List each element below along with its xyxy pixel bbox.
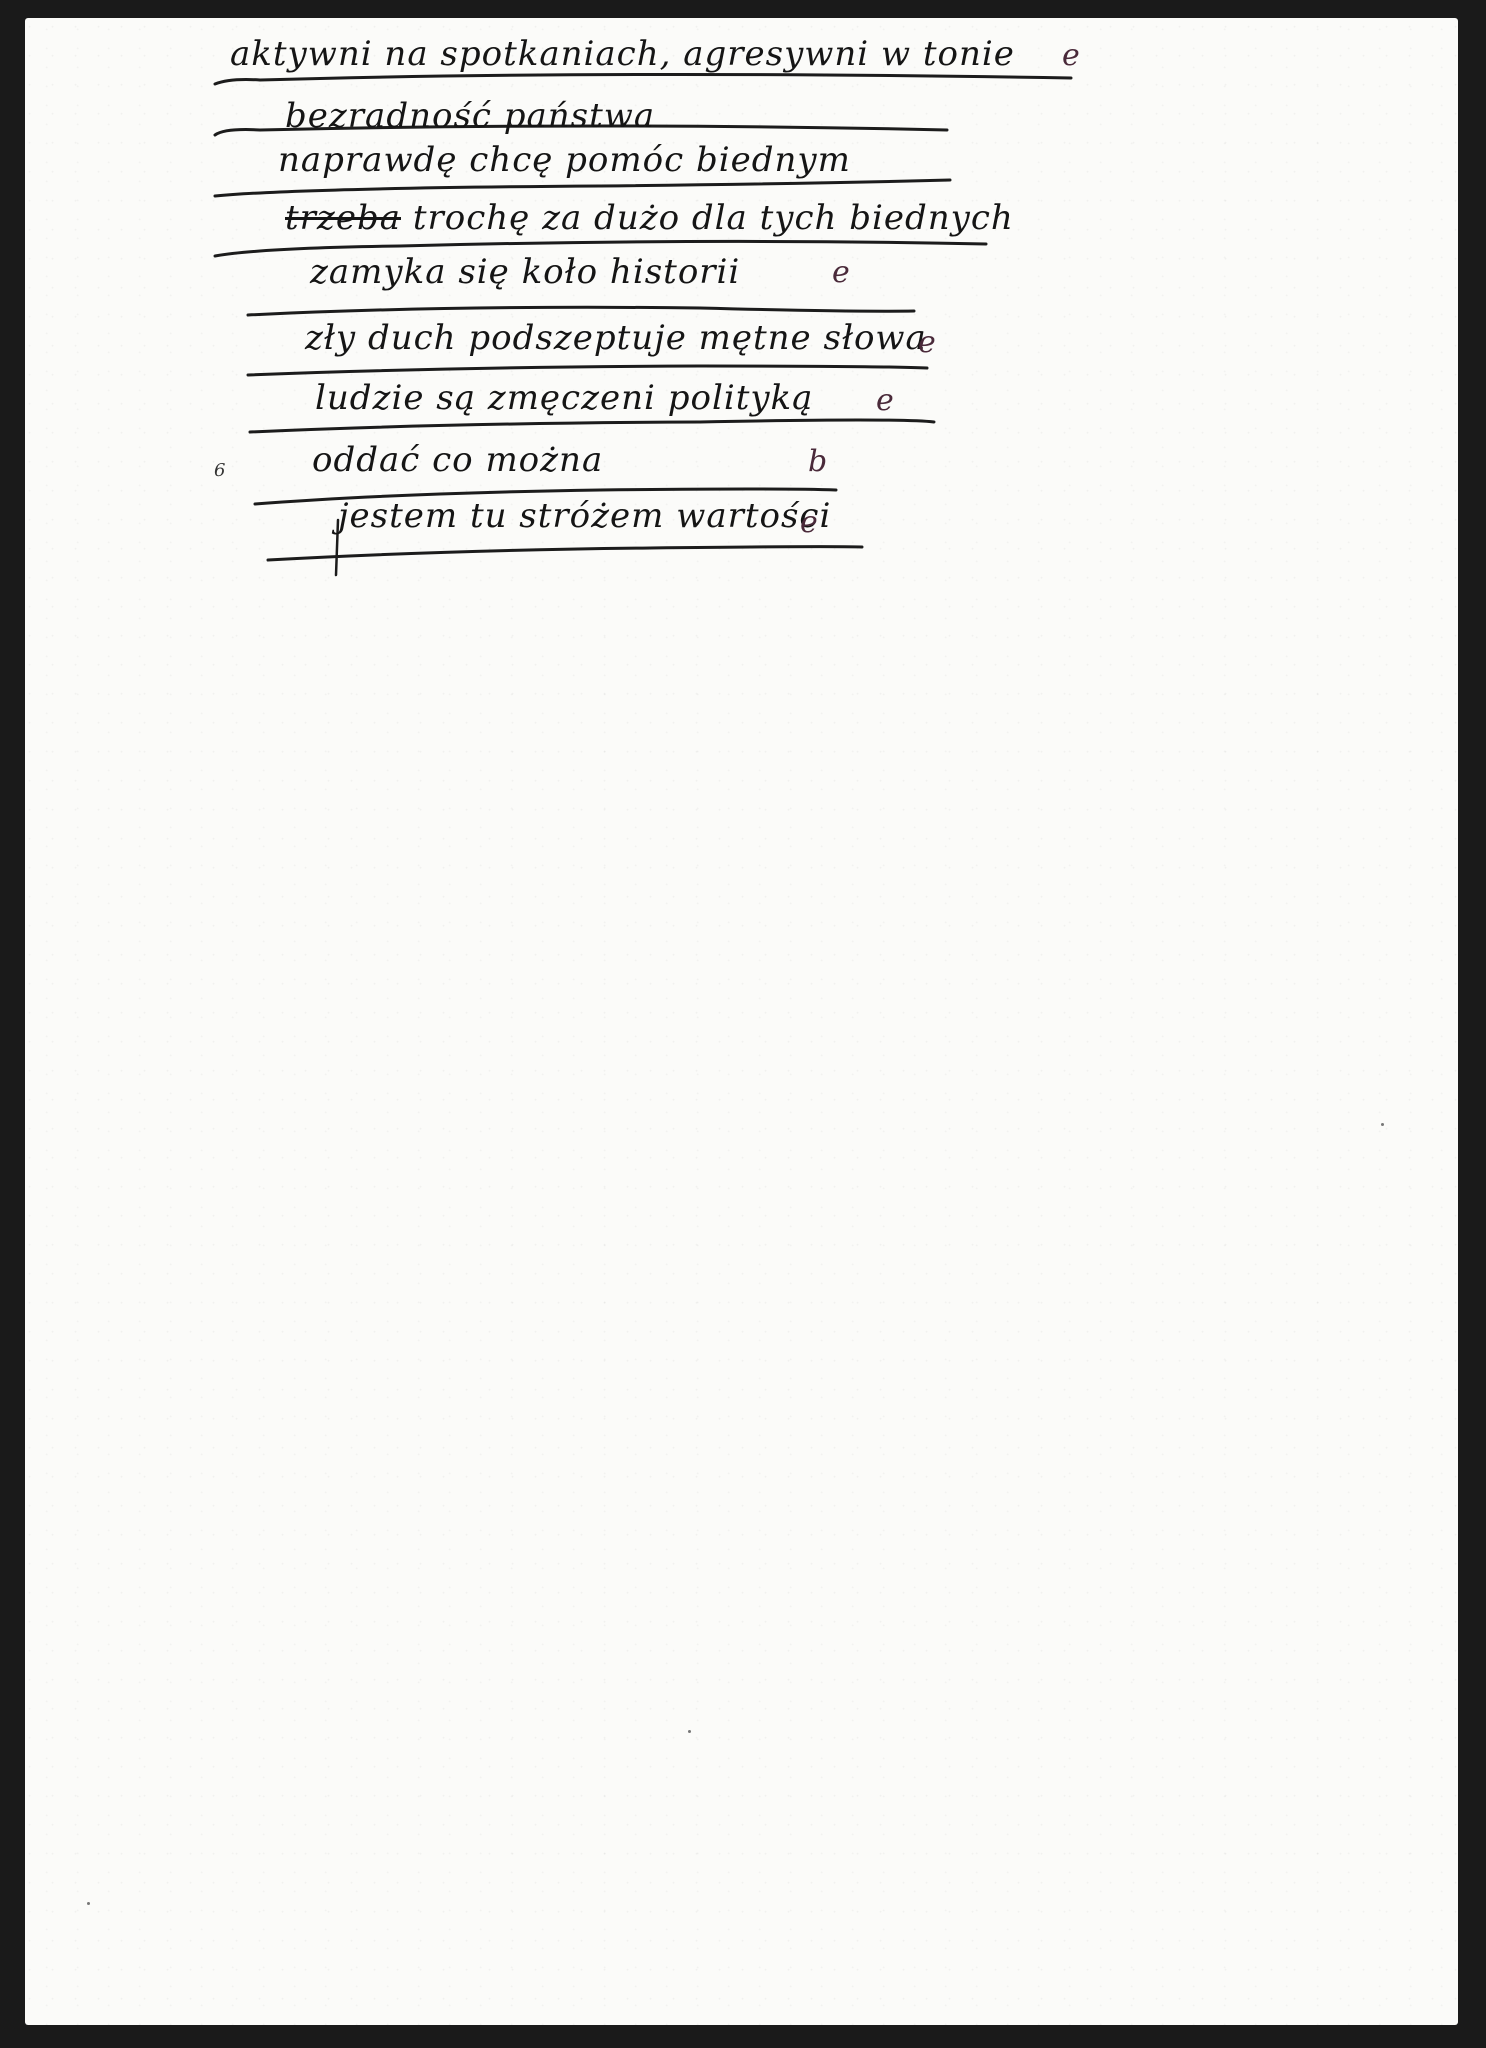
note-line-2-text: bezradność państwa: [285, 96, 655, 136]
review-mark-5: e: [832, 255, 850, 290]
review-mark-8: b: [808, 444, 827, 479]
review-mark-6: e: [918, 325, 936, 360]
struck-word: trzeba: [285, 198, 401, 238]
note-line-7: ludzie są zmęczeni polityką: [315, 378, 813, 418]
paper-speck: [1381, 1123, 1384, 1126]
note-line-5-text: zamyka się koło historii: [310, 252, 740, 292]
note-line-9-text: jestem tu stróżem wartości: [338, 496, 831, 536]
margin-mark: 6: [214, 460, 225, 481]
note-line-3: naprawdę chcę pomóc biednym: [278, 140, 851, 180]
review-mark-7: e: [876, 383, 894, 418]
note-line-6-text: zły duch podszeptuje mętne słowa: [305, 318, 927, 358]
note-line-7-text: ludzie są zmęczeni polityką: [315, 378, 813, 418]
note-line-1-text: aktywni na spotkaniach, agresywni w toni…: [230, 34, 1015, 74]
note-line-4: trzeba trochę za dużo dla tych biednych: [285, 198, 1014, 238]
review-mark-9: e: [800, 505, 818, 540]
review-mark-1: e: [1062, 38, 1080, 73]
note-line-8: oddać co można: [312, 440, 603, 480]
note-line-8-text: oddać co można: [312, 440, 603, 480]
note-line-5: zamyka się koło historii: [310, 252, 740, 292]
note-line-6: zły duch podszeptuje mętne słowa: [305, 318, 927, 358]
note-line-4-text: trochę za dużo dla tych biednych: [413, 198, 1014, 238]
note-line-2: bezradność państwa: [285, 96, 655, 136]
note-line-9: jestem tu stróżem wartości: [338, 496, 831, 536]
paper-speck: [688, 1730, 691, 1733]
note-line-1: aktywni na spotkaniach, agresywni w toni…: [230, 34, 1015, 74]
note-line-3-text: naprawdę chcę pomóc biednym: [278, 140, 851, 180]
paper-speck: [87, 1902, 90, 1905]
